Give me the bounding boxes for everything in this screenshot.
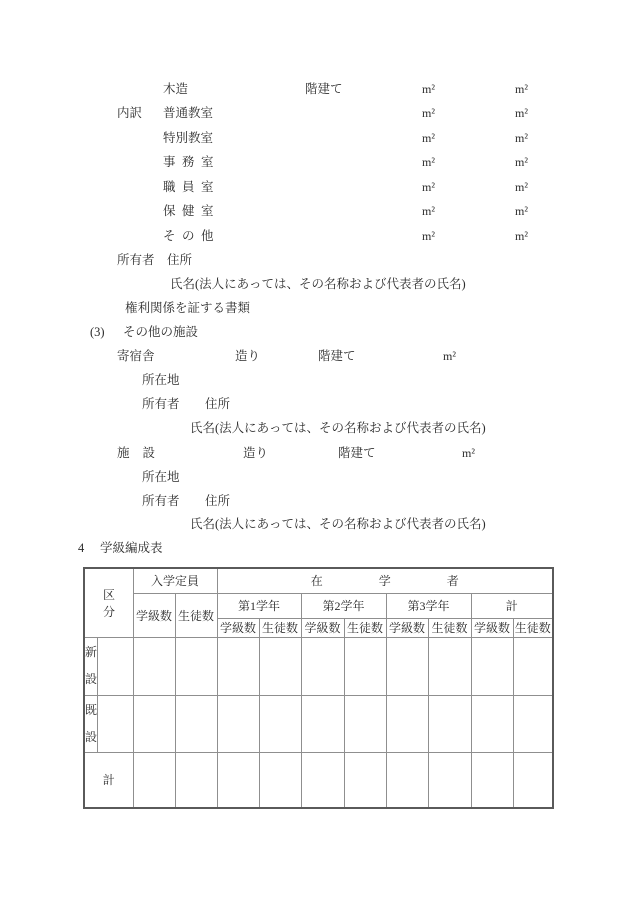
data-cell bbox=[133, 752, 175, 808]
facility-label: 施設 bbox=[117, 444, 168, 462]
col-grade2: 第2学年 bbox=[301, 593, 386, 618]
name-note-label: 氏名(法人にあっては、その名称および代表者の氏名) bbox=[190, 419, 486, 437]
form-line: 施設 造り 階建て m² bbox=[0, 444, 630, 462]
data-cell bbox=[428, 752, 471, 808]
address-label: 住所 bbox=[205, 492, 230, 510]
data-cell bbox=[175, 752, 217, 808]
data-cell bbox=[217, 695, 259, 752]
section4-title: 学級編成表 bbox=[100, 539, 163, 557]
col-category: 区分 bbox=[84, 568, 133, 637]
form-line: 職員室 m² m² bbox=[0, 178, 630, 196]
data-cell bbox=[513, 637, 553, 695]
row-total: 計 bbox=[84, 752, 553, 808]
col-student-count: 生徒数 bbox=[428, 618, 471, 637]
col-class-count: 学級数 bbox=[217, 618, 259, 637]
document-page: 木造 階建て m² m² 内訳 普通教室 m² m² 特別教室 m² m² 事務… bbox=[0, 0, 630, 903]
construction-label: 造り bbox=[243, 444, 268, 462]
col-grades-total: 計 bbox=[471, 593, 553, 618]
name-note-label: 氏名(法人にあっては、その名称および代表者の氏名) bbox=[170, 275, 466, 293]
data-cell bbox=[301, 695, 344, 752]
row-existing-label: 既設 bbox=[84, 695, 97, 752]
col-class-count: 学級数 bbox=[133, 593, 175, 637]
data-cell bbox=[217, 752, 259, 808]
owner-label: 所有者 bbox=[142, 395, 180, 413]
col-grade3: 第3学年 bbox=[386, 593, 471, 618]
col-class-count: 学級数 bbox=[471, 618, 513, 637]
data-cell bbox=[428, 695, 471, 752]
office-room-label: 事務室 bbox=[163, 153, 220, 171]
wooden-structure-label: 木造 bbox=[163, 80, 188, 98]
data-cell bbox=[471, 637, 513, 695]
staff-room-label: 職員室 bbox=[163, 178, 220, 196]
area-unit: m² bbox=[515, 153, 528, 171]
data-cell bbox=[259, 695, 301, 752]
stories-label: 階建て bbox=[305, 80, 343, 98]
stories-label: 階建て bbox=[338, 444, 376, 462]
data-cell bbox=[133, 695, 175, 752]
col-class-count: 学級数 bbox=[301, 618, 344, 637]
form-line: 保健室 m² m² bbox=[0, 202, 630, 220]
form-line: 内訳 普通教室 m² m² bbox=[0, 104, 630, 122]
address-label: 住所 bbox=[167, 251, 192, 269]
data-cell bbox=[386, 637, 428, 695]
data-cell bbox=[133, 637, 175, 695]
form-line: 氏名(法人にあっては、その名称および代表者の氏名) bbox=[0, 275, 630, 293]
data-cell bbox=[513, 752, 553, 808]
dormitory-label: 寄宿舎 bbox=[117, 347, 155, 365]
area-unit: m² bbox=[515, 178, 528, 196]
form-line: 氏名(法人にあっては、その名称および代表者の氏名) bbox=[0, 419, 630, 437]
col-student-count: 生徒数 bbox=[513, 618, 553, 637]
area-unit: m² bbox=[422, 227, 435, 245]
stories-label: 階建て bbox=[318, 347, 356, 365]
area-unit: m² bbox=[515, 227, 528, 245]
owner-label: 所有者 bbox=[117, 251, 155, 269]
data-cell bbox=[344, 637, 386, 695]
data-cell bbox=[344, 695, 386, 752]
area-unit: m² bbox=[422, 129, 435, 147]
row-new-label: 新設 bbox=[84, 637, 97, 695]
owner-label: 所有者 bbox=[142, 492, 180, 510]
col-enrolled: 在学者 bbox=[217, 568, 553, 593]
item3-title: その他の施設 bbox=[123, 323, 198, 341]
form-line: 木造 階建て m² m² bbox=[0, 80, 630, 98]
construction-label: 造り bbox=[235, 347, 260, 365]
location-label: 所在地 bbox=[142, 468, 180, 486]
row-new: 新設 bbox=[84, 637, 553, 695]
data-cell bbox=[259, 752, 301, 808]
area-unit: m² bbox=[422, 178, 435, 196]
area-unit: m² bbox=[515, 80, 528, 98]
name-note-label: 氏名(法人にあっては、その名称および代表者の氏名) bbox=[190, 515, 486, 533]
col-admission-capacity: 入学定員 bbox=[133, 568, 217, 593]
data-cell bbox=[471, 752, 513, 808]
col-student-count: 生徒数 bbox=[344, 618, 386, 637]
form-line: (3) その他の施設 bbox=[0, 323, 630, 341]
ordinary-classroom-label: 普通教室 bbox=[163, 104, 213, 122]
area-unit: m² bbox=[422, 104, 435, 122]
data-cell bbox=[259, 637, 301, 695]
category-detail-cell bbox=[97, 695, 133, 752]
form-line: 権利関係を証する書類 bbox=[0, 299, 630, 317]
data-cell bbox=[344, 752, 386, 808]
data-cell bbox=[386, 752, 428, 808]
special-classroom-label: 特別教室 bbox=[163, 129, 213, 147]
area-unit: m² bbox=[515, 202, 528, 220]
data-cell bbox=[301, 637, 344, 695]
form-line: 所有者 住所 bbox=[0, 492, 630, 510]
item3-number: (3) bbox=[90, 323, 105, 341]
form-line: 所在地 bbox=[0, 468, 630, 486]
area-unit: m² bbox=[515, 104, 528, 122]
form-line: 所有者 住所 bbox=[0, 395, 630, 413]
row-existing: 既設 bbox=[84, 695, 553, 752]
form-line: 事務室 m² m² bbox=[0, 153, 630, 171]
area-unit: m² bbox=[422, 153, 435, 171]
form-line: その他 m² m² bbox=[0, 227, 630, 245]
data-cell bbox=[513, 695, 553, 752]
form-line: 寄宿舎 造り 階建て m² bbox=[0, 347, 630, 365]
form-line: 氏名(法人にあっては、その名称および代表者の氏名) bbox=[0, 515, 630, 533]
form-line: 所在地 bbox=[0, 371, 630, 389]
col-class-count: 学級数 bbox=[386, 618, 428, 637]
breakdown-label: 内訳 bbox=[117, 104, 142, 122]
rights-documents-label: 権利関係を証する書類 bbox=[125, 299, 250, 317]
area-unit: m² bbox=[443, 347, 456, 365]
area-unit: m² bbox=[422, 202, 435, 220]
area-unit: m² bbox=[462, 444, 475, 462]
data-cell bbox=[386, 695, 428, 752]
area-unit: m² bbox=[422, 80, 435, 98]
row-total-label: 計 bbox=[84, 752, 133, 808]
section4-number: 4 bbox=[78, 539, 84, 557]
other-rooms-label: その他 bbox=[163, 227, 220, 245]
data-cell bbox=[301, 752, 344, 808]
category-detail-cell bbox=[97, 637, 133, 695]
data-cell bbox=[428, 637, 471, 695]
form-line: 特別教室 m² m² bbox=[0, 129, 630, 147]
class-organization-table: 区分 入学定員 在学者 学級数 生徒数 第1学年 第2学年 第3学年 計 学級数… bbox=[83, 567, 554, 809]
data-cell bbox=[175, 637, 217, 695]
address-label: 住所 bbox=[205, 395, 230, 413]
form-line: 所有者 住所 bbox=[0, 251, 630, 269]
col-student-count: 生徒数 bbox=[259, 618, 301, 637]
area-unit: m² bbox=[515, 129, 528, 147]
data-cell bbox=[217, 637, 259, 695]
health-room-label: 保健室 bbox=[163, 202, 220, 220]
section4-heading: 4 学級編成表 bbox=[0, 539, 630, 557]
location-label: 所在地 bbox=[142, 371, 180, 389]
col-student-count: 生徒数 bbox=[175, 593, 217, 637]
data-cell bbox=[471, 695, 513, 752]
col-grade1: 第1学年 bbox=[217, 593, 301, 618]
data-cell bbox=[175, 695, 217, 752]
